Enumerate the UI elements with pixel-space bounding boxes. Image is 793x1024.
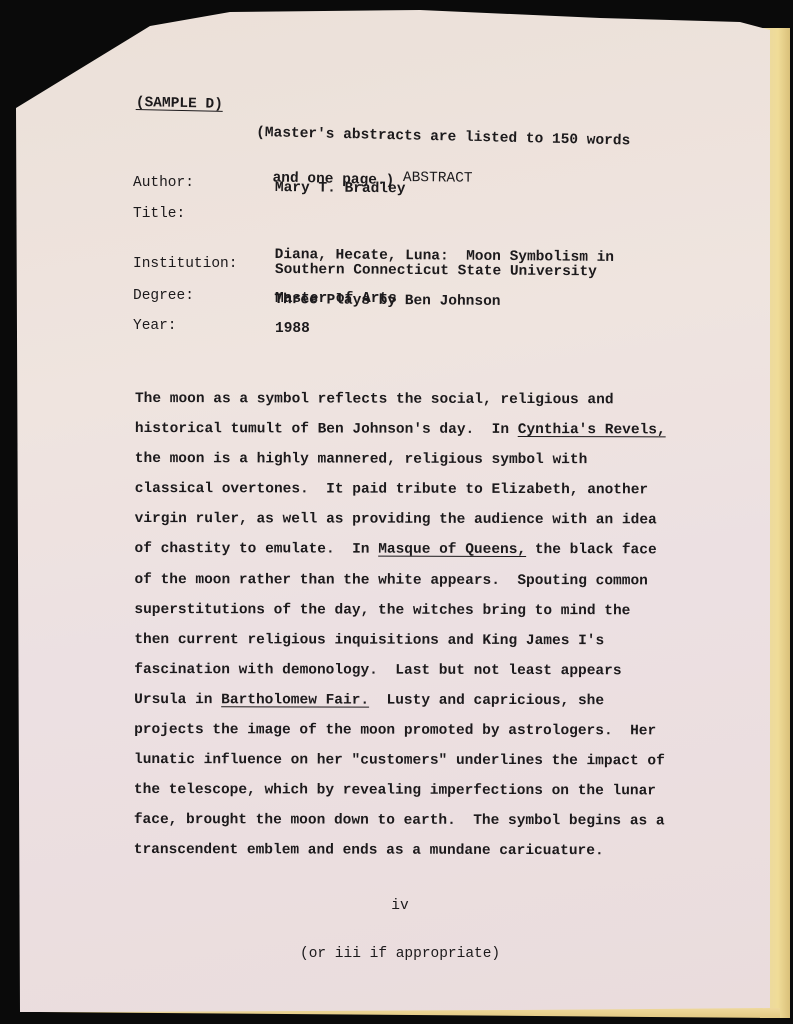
abstract-text: the black face <box>526 542 657 558</box>
work-title: Bartholomew Fair. <box>221 692 369 708</box>
abstract-text: lunatic influence on her "customers" und… <box>134 752 665 769</box>
abstract-text: of chastity to emulate. In <box>135 541 379 558</box>
abstract-text: fascination with demonology. Last but no… <box>134 662 621 679</box>
abstract-text: historical tumult of Ben Johnson's day. … <box>135 421 518 438</box>
abstract-heading: ABSTRACT <box>403 170 473 187</box>
abstract-text: The moon as a symbol reflects the social… <box>135 391 614 408</box>
work-title: Masque of Queens, <box>378 542 526 558</box>
abstract-text: Ursula in <box>134 692 221 708</box>
abstract-line: virgin ruler, as well as providing the a… <box>135 504 666 535</box>
document-page: (SAMPLE D) (Master's abstracts are liste… <box>0 0 793 1024</box>
abstract-line: superstitutions of the day, the witches … <box>134 595 665 626</box>
length-note-line: (Master's abstracts are listed to 150 wo… <box>256 126 630 149</box>
author-value: Mary T. Bradley <box>275 180 406 197</box>
abstract-line: of chastity to emulate. In Masque of Que… <box>135 534 666 565</box>
abstract-line: of the moon rather than the white appear… <box>134 565 665 596</box>
abstract-text: Lusty and capricious, she <box>369 693 604 710</box>
abstract-text: the telescope, which by revealing imperf… <box>134 782 656 799</box>
length-note: (Master's abstracts are listed to 150 wo… <box>254 96 631 224</box>
abstract-line: the telescope, which by revealing imperf… <box>134 775 665 806</box>
institution-label: Institution: <box>133 256 237 272</box>
abstract-text: projects the image of the moon promoted … <box>134 722 656 739</box>
sample-label: (SAMPLE D) <box>136 95 223 113</box>
abstract-line: Ursula in Bartholomew Fair. Lusty and ca… <box>134 685 665 716</box>
abstract-text: the moon is a highly mannered, religious… <box>135 451 588 468</box>
abstract-line: projects the image of the moon promoted … <box>134 715 665 746</box>
institution-value: Southern Connecticut State University <box>275 262 597 280</box>
abstract-text: of the moon rather than the white appear… <box>134 572 647 589</box>
year-label: Year: <box>133 318 177 334</box>
abstract-line: the moon is a highly mannered, religious… <box>135 444 666 475</box>
author-label: Author: <box>133 175 194 191</box>
page-number-note: (or iii if appropriate) <box>300 946 500 962</box>
degree-label: Degree: <box>133 288 194 304</box>
page-number-block: iv (or iii if appropriate) <box>300 866 500 994</box>
abstract-text: then current religious inquisitions and … <box>134 632 604 649</box>
abstract-line: classical overtones. It paid tribute to … <box>135 474 666 505</box>
abstract-text: virgin ruler, as well as providing the a… <box>135 511 657 528</box>
abstract-line: then current religious inquisitions and … <box>134 625 665 656</box>
abstract-line: fascination with demonology. Last but no… <box>134 655 665 686</box>
degree-value: Master of Arts <box>275 291 397 307</box>
abstract-line: lunatic influence on her "customers" und… <box>134 745 665 776</box>
abstract-text: classical overtones. It paid tribute to … <box>135 481 648 498</box>
year-value: 1988 <box>275 321 310 337</box>
abstract-body: The moon as a symbol reflects the social… <box>134 384 666 867</box>
abstract-line: historical tumult of Ben Johnson's day. … <box>135 414 666 445</box>
title-label: Title: <box>133 206 185 222</box>
abstract-line: face, brought the moon down to earth. Th… <box>134 805 665 836</box>
abstract-text: transcendent emblem and ends as a mundan… <box>134 842 604 859</box>
work-title: Cynthia's Revels, <box>518 422 666 438</box>
page-number: iv <box>300 898 500 914</box>
abstract-line: transcendent emblem and ends as a mundan… <box>134 835 665 866</box>
abstract-line: The moon as a symbol reflects the social… <box>135 384 666 415</box>
abstract-text: face, brought the moon down to earth. Th… <box>134 812 665 829</box>
abstract-text: superstitutions of the day, the witches … <box>134 602 630 619</box>
